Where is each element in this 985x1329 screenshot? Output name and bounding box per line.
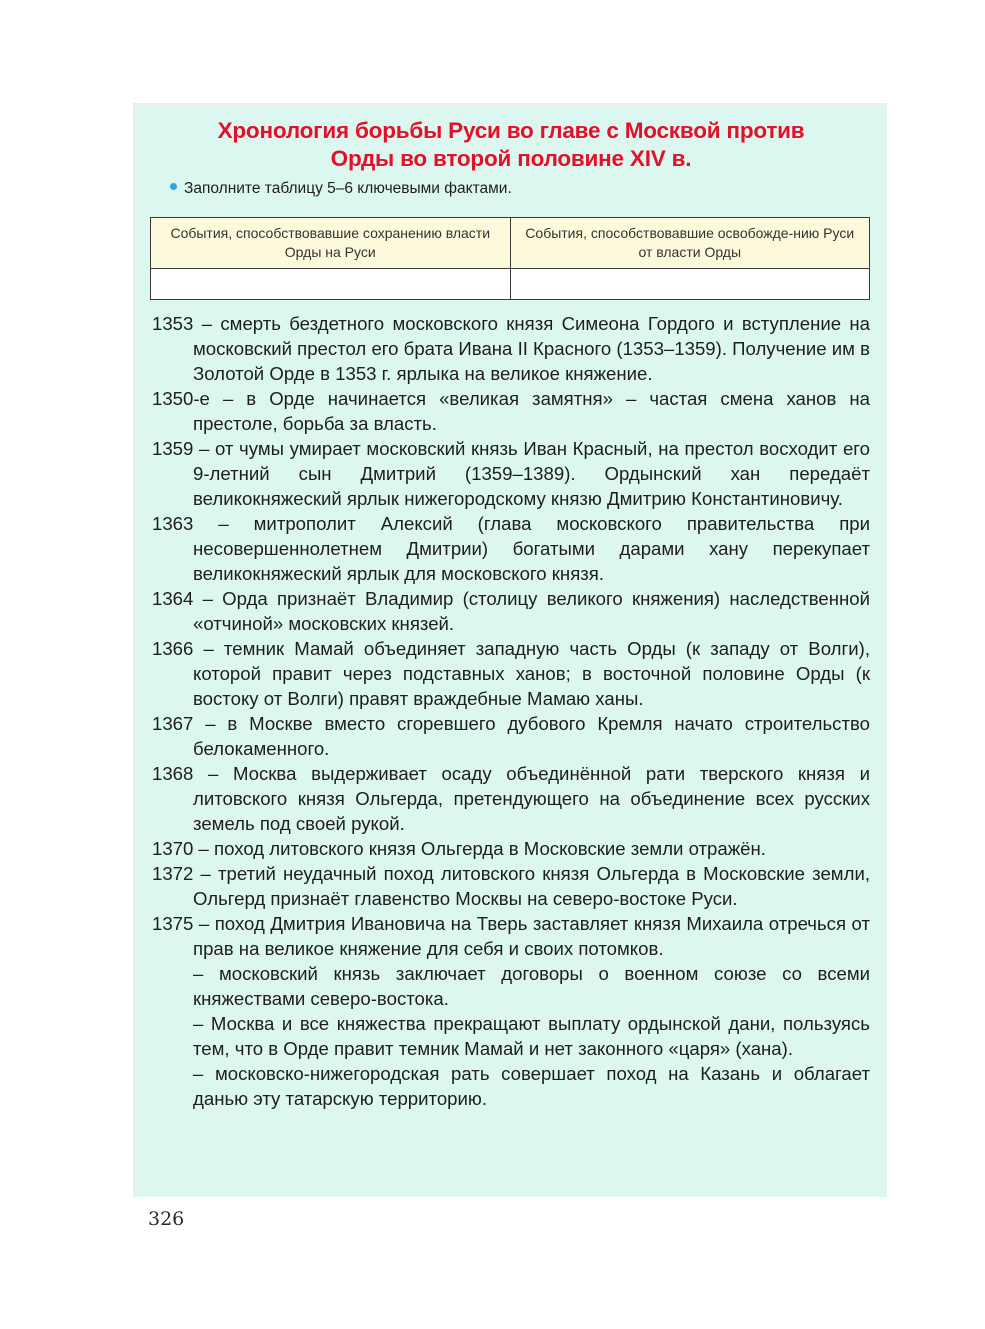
- table-cell-empty[interactable]: [510, 269, 870, 300]
- timeline-year: 1353: [152, 313, 193, 334]
- section-title-line-1: Хронология борьбы Руси во главе с Москво…: [135, 117, 887, 145]
- chronology-panel: Хронология борьбы Руси во главе с Москво…: [133, 103, 887, 1197]
- section-title-line-2: Орды во второй половине XIV в.: [135, 145, 887, 173]
- timeline-entry: 1375 – поход Дмитрия Ивановича на Тверь …: [152, 911, 870, 961]
- timeline-entry: 1364 – Орда признаёт Владимир (столицу в…: [152, 586, 870, 636]
- timeline-entry: 1372 – третий неудачный поход литовского…: [152, 861, 870, 911]
- timeline-year: 1350-е: [152, 388, 210, 409]
- facts-table: События, способствовавшие сохранению вла…: [150, 217, 870, 300]
- timeline-entry: 1350-е – в Орде начинается «великая замя…: [152, 386, 870, 436]
- table-cell-empty[interactable]: [151, 269, 511, 300]
- timeline-year: 1359: [152, 438, 193, 459]
- timeline-year: 1372: [152, 863, 193, 884]
- timeline-year: 1368: [152, 763, 193, 784]
- timeline-year: 1370: [152, 838, 193, 859]
- task-instruction: Заполните таблицу 5–6 ключевыми фактами.: [170, 179, 512, 199]
- timeline-text: – поход литовского князя Ольгерда в Моск…: [199, 838, 766, 859]
- timeline-entry: 1367 – в Москве вместо сгоревшего дубово…: [152, 711, 870, 761]
- timeline-text: – в Орде начинается «великая замятня» – …: [193, 388, 870, 434]
- timeline-text: – поход Дмитрия Ивановича на Тверь заста…: [193, 913, 870, 959]
- timeline-text: – в Москве вместо сгоревшего дубового Кр…: [193, 713, 870, 759]
- timeline-text: – третий неудачный поход литовского княз…: [193, 863, 870, 909]
- timeline-year: 1366: [152, 638, 193, 659]
- timeline-entry: 1353 – смерть бездетного московского кня…: [152, 311, 870, 386]
- timeline-subitem: – московско-нижегородская рать совершает…: [152, 1061, 870, 1111]
- table-row: [151, 269, 870, 300]
- timeline-entry: 1366 – темник Мамай объединяет западную …: [152, 636, 870, 711]
- timeline-subitem: – московский князь заключает договоры о …: [152, 961, 870, 1011]
- timeline-text: – Орда признаёт Владимир (столицу велико…: [193, 588, 870, 634]
- timeline-entry: 1370 – поход литовского князя Ольгерда в…: [152, 836, 870, 861]
- timeline-text: – смерть бездетного московского князя Си…: [193, 313, 870, 384]
- timeline-text: – от чумы умирает московский князь Иван …: [193, 438, 870, 509]
- timeline-entry: 1368 – Москва выдерживает осаду объединё…: [152, 761, 870, 836]
- timeline-year: 1367: [152, 713, 193, 734]
- timeline-year: 1364: [152, 588, 193, 609]
- timeline: 1353 – смерть бездетного московского кня…: [152, 311, 870, 1111]
- section-title: Хронология борьбы Руси во главе с Москво…: [135, 117, 887, 173]
- timeline-text: – Москва выдерживает осаду объединённой …: [193, 763, 870, 834]
- column-header-preserving-horde-power: События, способствовавшие сохранению вла…: [151, 218, 511, 269]
- column-header-liberation-from-horde: События, способствовавшие освобожде-нию …: [510, 218, 870, 269]
- timeline-subitem: – Москва и все княжества прекращают выпл…: [152, 1011, 870, 1061]
- timeline-entry: 1359 – от чумы умирает московский князь …: [152, 436, 870, 511]
- table-header-row: События, способствовавшие сохранению вла…: [151, 218, 870, 269]
- page-number: 326: [148, 1208, 184, 1230]
- bullet-icon: [170, 183, 177, 190]
- timeline-text: – темник Мамай объединяет западную часть…: [193, 638, 870, 709]
- timeline-text: – митрополит Алексий (глава московского …: [193, 513, 870, 584]
- task-text: Заполните таблицу 5–6 ключевыми фактами.: [184, 180, 512, 197]
- timeline-year: 1375: [152, 913, 193, 934]
- timeline-year: 1363: [152, 513, 193, 534]
- timeline-entry: 1363 – митрополит Алексий (глава московс…: [152, 511, 870, 586]
